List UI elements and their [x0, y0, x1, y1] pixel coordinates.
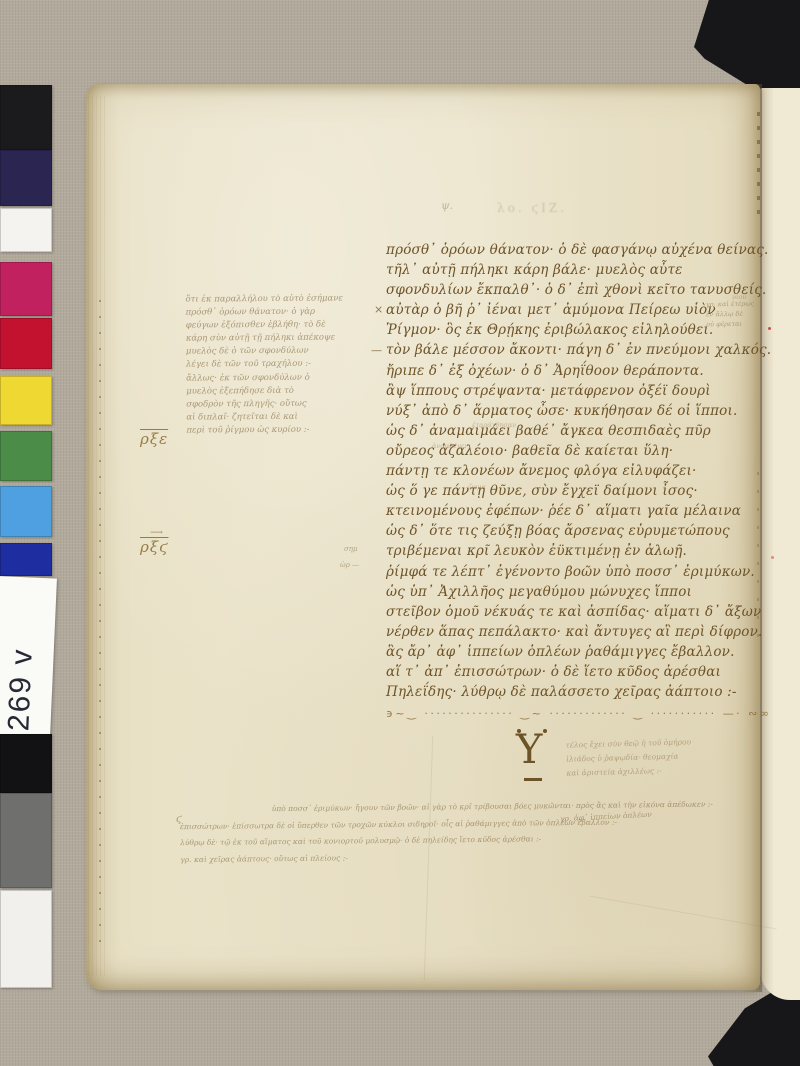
- verse-line: Πηλεΐδης· λύθρῳ δὲ παλάσσετο χεῖρας ἀάπτ…: [386, 682, 776, 702]
- upsilon-base-bar: [524, 778, 542, 781]
- scholium-line: κάρη σὺν αὐτῇ τῇ πήληκι ἀπέκοψε: [186, 332, 346, 346]
- color-patch-black: [0, 85, 52, 150]
- verse-line: ὡς δ᾽ ὅτε τις ζεύξῃ βόας ἄρσενας εὐρυμετ…: [386, 521, 776, 541]
- interlinear-dots: ·············: [392, 283, 445, 291]
- verse-line: κτεινομένους ἐφέπων· ῥέε δ᾽ αἵματι γαῖα …: [386, 501, 776, 521]
- top-margin-mark: ψ.: [441, 199, 453, 212]
- binding-stitches: [757, 112, 760, 216]
- scholium-line: μυελὸς δὲ ὁ τῶν σφονδύλων: [186, 345, 346, 359]
- faded-stamp: λο. ϛΙΖ.: [497, 201, 567, 215]
- verse-line: τριβέμεναι κρῖ λευκὸν ἐϋκτιμένῃ ἐν ἀλωῇ.: [386, 541, 776, 561]
- right-margin-note: γρ. καὶ ἑτέρως ἐν ἄλλῳ δὲ οὐ φέρεται: [706, 299, 755, 330]
- verse-line: πάντῃ τε κλονέων ἄνεμος φλόγα εἰλυφάζει·: [386, 461, 776, 481]
- scholium-line: μυελὸς ἐξεπήδησε διὰ τὸ: [186, 384, 346, 398]
- scholium-line: οὐ φέρεται: [706, 319, 755, 330]
- verse-line: τὸν βάλε μέσσον ἄκοντι· πάγη δ᾽ ἐν πνεύμ…: [386, 340, 776, 360]
- color-patch-dark-violet: [0, 150, 52, 206]
- interlinear-gloss: ἀναφλέγει: [432, 442, 467, 450]
- verse-line: νέρθεν ἅπας πεπάλακτο· καὶ ἄντυγες αἳ πε…: [386, 622, 776, 642]
- pricking-holes: [99, 300, 101, 948]
- scholium-line: φεύγων ἐξόπισθεν ἐβλήθη· τὸ δὲ: [186, 319, 346, 333]
- color-patch-gray: [0, 793, 52, 888]
- color-patch-green: [0, 431, 52, 481]
- interlinear-gloss: υἱοῦ: [732, 293, 746, 301]
- verse-line: ἂψ ἵππους στρέψαντα· μετάφρενον ὀξέϊ δου…: [386, 381, 776, 401]
- scholium-line: περὶ τοῦ ῥίγμου ὡς κυρίου :-: [186, 423, 346, 437]
- interlinear-gloss: ὥρμα: [468, 483, 486, 491]
- verse-line: πρόσθ᾽ ὁρόων θάνατον· ὁ δὲ φασγάνῳ αὐχέν…: [386, 240, 776, 260]
- margin-number-arrow: ⟶: [150, 528, 163, 538]
- verse-line: ῥίμφά τε λέπτ᾽ ἐγένοντο βοῶν ὑπὸ ποσσ᾽ ἐ…: [386, 562, 776, 582]
- scholium-line: λέγει δὲ τῶν τοῦ τραχήλου :-: [186, 358, 346, 372]
- critical-sign-cross: ×: [374, 303, 383, 316]
- color-patch-yellow: [0, 376, 52, 425]
- verse-line: ἃς ἄρ᾽ ἀφ᾽ ἱππείων ὁπλέων ῥαθάμιγγες ἔβα…: [386, 642, 776, 662]
- verse-line: νύξ᾽ ἀπὸ δ᾽ ἅρματος ὦσε· κυκήθησαν δέ οἱ…: [386, 401, 776, 421]
- color-patch-white: [0, 208, 52, 252]
- color-patch-black-2: [0, 734, 52, 793]
- color-patch-magenta: [0, 262, 52, 316]
- interlinear-gloss: ἐταράχθησαν: [472, 421, 516, 429]
- margin-number-166: ρξϛ: [140, 538, 168, 556]
- scholium-line: αἱ διπλαῖ· ζητεῖται δὲ καὶ: [186, 410, 346, 424]
- scholium-line: πρόσθ᾽ ὁρόων θάνατον· ὁ γὰρ: [186, 306, 346, 320]
- verse-line: τῆλ᾽ αὐτῇ πήληκι κάρη βάλε· μυελὸς αὖτε: [386, 260, 776, 280]
- color-patch-red: [0, 318, 52, 369]
- margin-siglum: σημ: [344, 545, 358, 553]
- end-of-book-ornament: ϶~‿ ··············· ‿~ ············· ‿ ·…: [386, 707, 770, 720]
- upsilon-dot: [543, 729, 547, 733]
- margin-number-165: ρξε: [140, 430, 168, 448]
- folio-label: 269 v: [0, 576, 57, 736]
- page-stack-edge: [88, 96, 106, 976]
- book-letter-upsilon: Υ: [516, 728, 542, 772]
- verse-line: ὡς ὑπ᾽ Ἀχιλλῆος μεγαθύμου μώνυχες ἵπποι: [386, 582, 776, 602]
- scholium-line: σφοδρὸν τῆς πληγῆς· οὕτως: [186, 397, 346, 411]
- color-patch-dark-blue: [0, 543, 52, 576]
- verse-line: ἤριπε δ᾽ ἐξ ὀχέων· ὁ δ᾽ Ἀρηΐθοον θεράπον…: [386, 361, 776, 381]
- verse-line: ὡς ὅ γε πάντῃ θῦνε, σὺν ἔγχεϊ δαίμονι ἶσ…: [386, 481, 776, 501]
- verse-line: ὡς δ᾽ ἀναμαιμάει βαθέ᾽ ἄγκεα θεσπιδαὲς π…: [386, 421, 776, 441]
- scholium-line: γρ. καὶ ἑτέρως: [706, 299, 755, 310]
- subscription-note: τέλος ἔχει σὺν θεῷ ἡ τοῦ ὁμήρου ἰλιάδος …: [565, 733, 766, 780]
- color-patch-light-blue: [0, 486, 52, 537]
- upsilon-dot: [517, 729, 521, 733]
- scholium-line: ὅτι ἐκ παραλλήλου τὸ αὐτὸ ἐσήμανε: [185, 292, 345, 306]
- left-scholia-block: ὅτι ἐκ παραλλήλου τὸ αὐτὸ ἐσήμανε πρόσθ᾽…: [185, 292, 346, 437]
- color-patch-white-2: [0, 890, 52, 988]
- verse-line: στεῖβον ὁμοῦ νέκυάς τε καὶ ἀσπίδας· αἵμα…: [386, 602, 776, 622]
- margin-siglum: ὡρ —: [340, 561, 359, 569]
- manuscript-photo: 269 v ψ. λο. ϛΙΖ. πρόσθ᾽ ὁρόων θάνατον· …: [0, 0, 800, 1066]
- bottom-scholia-block: ὑπὸ ποσσ᾽ ἐριμύκων· ἤγουν τῶν βοῶν· αἱ γ…: [180, 796, 781, 868]
- critical-sign-obelus: —: [371, 344, 382, 357]
- verse-line: αἵ τ᾽ ἀπ᾽ ἐπισσώτρων· ὁ δὲ ἵετο κῦδος ἀρ…: [386, 662, 776, 682]
- folio-number: 269 v: [2, 580, 43, 731]
- scholium-line: ἄλλως· ἐκ τῶν σφονδύλων ὁ: [186, 371, 346, 385]
